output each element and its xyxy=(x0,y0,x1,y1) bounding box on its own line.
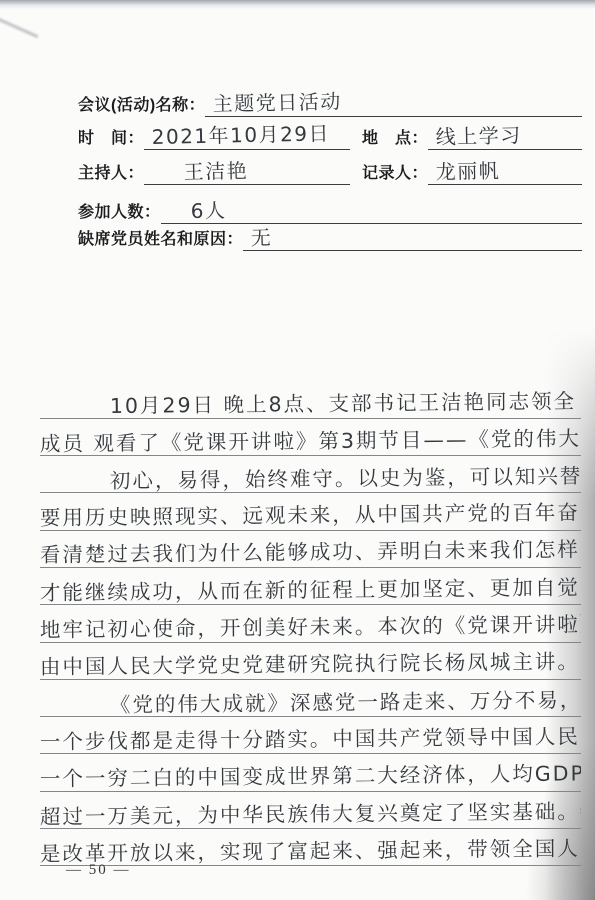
handwriting-text: 才能继续成功，从而在新的征程上更加坚定、更加自觉 xyxy=(40,577,580,604)
form-row-absent: 缺席党员姓名和原因： 无 xyxy=(78,221,582,251)
handwriting-text: 成员 观看了《党课开讲啦》第3期节目——《党的伟大成就 xyxy=(40,427,581,455)
ruled-line: 10月29日 晚上8点、支部书记王洁艳同志领全 xyxy=(40,382,581,419)
ruled-line: 看清楚过去我们为什么能够成功、弄明白未来我们怎样 xyxy=(40,531,581,568)
meeting-name-label: 会议(活动)名称： xyxy=(78,92,205,117)
host-label: 主持人： xyxy=(78,160,144,185)
host-value: 王洁艳 xyxy=(184,161,249,184)
ruled-line: 是改革开放以来，实现了富起来、强起来，带领全国人民 xyxy=(40,829,581,866)
form-row-participants: 参加人数： 6人 xyxy=(78,194,582,224)
ruled-line: 地牢记初心使命，开创美好未来。本次的《党课开讲啦》 xyxy=(40,605,581,642)
meeting-name-field: 主题党日活动 xyxy=(205,88,582,117)
handwriting-text: 10月29日 晚上8点、支部书记王洁艳同志领全 xyxy=(110,391,576,417)
place-value: 线上学习 xyxy=(436,125,522,149)
absent-label: 缺席党员姓名和原因： xyxy=(78,226,243,251)
ruled-line: 初心，易得，始终难守。以史为鉴，可以知兴替。我们 xyxy=(40,456,581,493)
handwriting-text: 要用历史映照现实、远观未来，从中国共产党的百年奋斗中 xyxy=(40,502,581,530)
page-number: — 50 — xyxy=(66,862,131,879)
participants-field: 6人 xyxy=(161,195,582,224)
place-field: 线上学习 xyxy=(428,121,582,150)
handwriting-text: 一个步伐都是走得十分踏实。中国共产党领导中国人民，把 xyxy=(40,726,581,754)
ruled-line: 超过一万美元，为中华民族伟大复兴奠定了坚实基础。特别 xyxy=(40,792,581,829)
ruled-line: 要用历史映照现实、远观未来，从中国共产党的百年奋斗中 xyxy=(40,493,581,530)
handwriting-text: 由中国人民大学党史党建研究院执行院长杨凤城主讲。 xyxy=(40,652,580,679)
handwriting-text: 看清楚过去我们为什么能够成功、弄明白未来我们怎样 xyxy=(40,540,580,567)
meeting-name-value: 主题党日活动 xyxy=(213,91,342,116)
ruled-line: 由中国人民大学党史党建研究院执行院长杨凤城主讲。 xyxy=(40,643,581,680)
ruled-line: 一个一穷二白的中国变成世界第二大经济体，人均GDP更是 xyxy=(40,754,581,791)
ruled-line: 一个步伐都是走得十分踏实。中国共产党领导中国人民，把 xyxy=(40,717,581,754)
ruled-line: 成员 观看了《党课开讲啦》第3期节目——《党的伟大成就 xyxy=(40,419,581,456)
handwriting-text: 《党的伟大成就》深感党一路走来、万分不易，因为每 xyxy=(110,689,581,716)
time-value: 2021年10月29日 xyxy=(152,123,331,149)
time-label: 时 间： xyxy=(78,125,144,150)
participants-value: 6人 xyxy=(190,200,226,223)
scan-smudge-artifact xyxy=(0,17,39,38)
host-group: 主持人： 王洁艳 xyxy=(78,156,350,185)
ruled-line: 《党的伟大成就》深感党一路走来、万分不易，因为每 xyxy=(40,680,581,717)
absent-value: 无 xyxy=(251,228,273,250)
handwriting-text: 超过一万美元，为中华民族伟大复兴奠定了坚实基础。特别 xyxy=(40,800,581,828)
handwriting-text: 初心，易得，始终难守。以史为鉴，可以知兴替。我们 xyxy=(110,465,581,492)
handwriting-text: 地牢记初心使命，开创美好未来。本次的《党课开讲啦》 xyxy=(40,614,581,641)
recorder-value: 龙丽帆 xyxy=(436,161,501,184)
time-group: 时 间： 2021年10月29日 xyxy=(78,121,350,150)
ruled-line: 才能继续成功，从而在新的征程上更加坚定、更加自觉 xyxy=(40,568,581,605)
form-row-time-place: 时 间： 2021年10月29日 地 点： 线上学习 xyxy=(78,120,582,150)
handwriting-text: 一个一穷二白的中国变成世界第二大经济体，人均GDP更是 xyxy=(40,763,581,791)
scanned-page: 会议(活动)名称： 主题党日活动 时 间： 2021年10月29日 地 点： 线… xyxy=(0,0,595,900)
form-row-meeting-name: 会议(活动)名称： 主题党日活动 xyxy=(78,87,582,117)
recorder-label: 记录人： xyxy=(362,160,428,185)
handwriting-body: 10月29日 晚上8点、支部书记王洁艳同志领全成员 观看了《党课开讲啦》第3期节… xyxy=(40,382,581,867)
form-row-host-recorder: 主持人： 王洁艳 记录人： 龙丽帆 xyxy=(78,155,582,185)
place-group: 地 点： 线上学习 xyxy=(362,121,582,150)
scan-top-edge-artifact xyxy=(0,0,595,9)
recorder-group: 记录人： 龙丽帆 xyxy=(362,156,582,185)
absent-field: 无 xyxy=(243,222,582,251)
host-field: 王洁艳 xyxy=(144,156,350,185)
recorder-field: 龙丽帆 xyxy=(428,156,582,185)
time-field: 2021年10月29日 xyxy=(144,121,350,150)
place-label: 地 点： xyxy=(362,125,428,150)
